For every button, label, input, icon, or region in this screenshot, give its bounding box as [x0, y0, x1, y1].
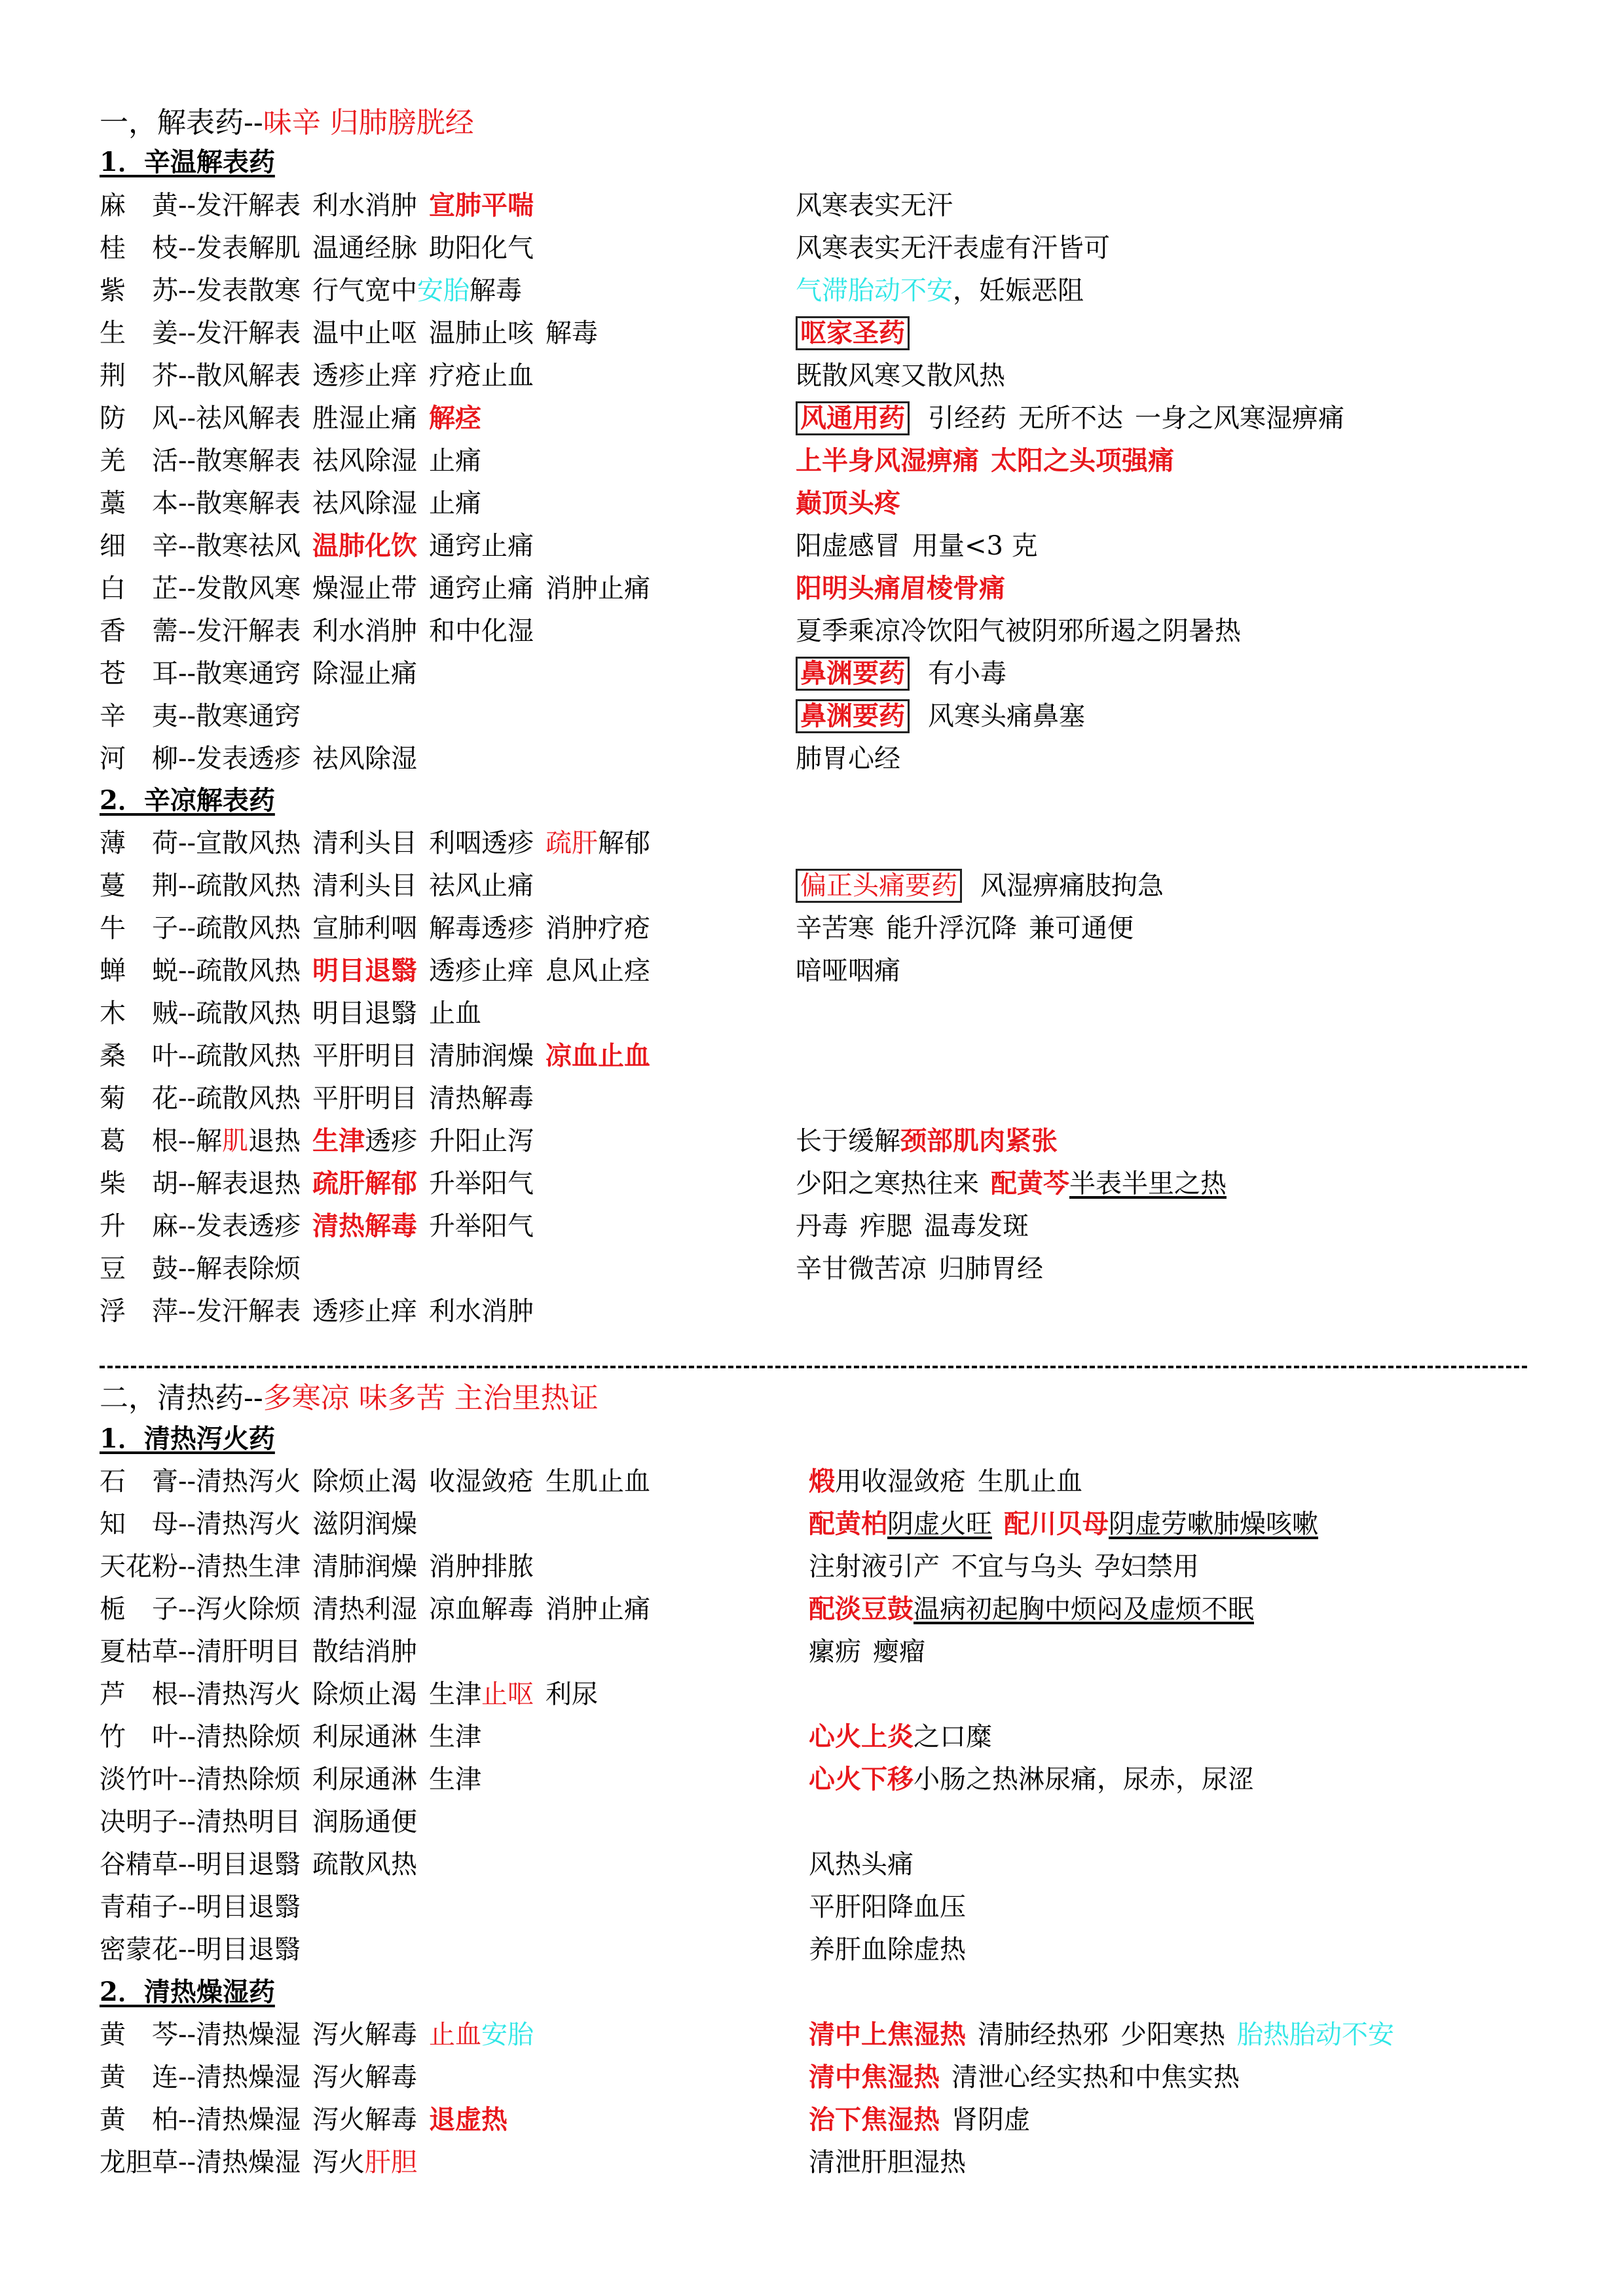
text-segment: 风寒表实无汗表虚有汗皆可	[796, 233, 1110, 263]
text-segment: 孕妇禁用	[1094, 1552, 1199, 1582]
herb-row: 荆 芥--散风解表透疹止痒疗疮止血	[100, 359, 534, 393]
text-segment: 消肿止痛	[545, 1594, 650, 1624]
herb-note: 心火下移小肠之热淋尿痛，尿赤，尿涩	[809, 1762, 1254, 1796]
text-segment: 清热燥湿	[196, 2020, 301, 2050]
subsection-heading-1-2: 2．辛凉解表药	[100, 784, 275, 818]
herb-row: 河 柳--发表透疹祛风除湿	[100, 742, 417, 776]
herb-name: 细 辛--	[100, 529, 196, 563]
herb-row: 防 风--祛风解表胜湿止痛解痉	[100, 401, 481, 435]
text-segment: 除烦止渴	[312, 1467, 417, 1497]
text-segment: 疏散风热	[196, 871, 301, 901]
herb-name: 桂 枝--	[100, 231, 196, 265]
text-segment: 肾阴虚	[951, 2105, 1030, 2135]
text-segment: 升举阳气	[429, 1211, 534, 1241]
text-segment: 生肌止血	[978, 1467, 1082, 1497]
section-divider	[100, 1366, 1527, 1368]
herb-note: 风热头痛	[809, 1848, 913, 1882]
herb-row: 白 芷--发散风寒燥湿止带通窍止痛消肿止痛	[100, 572, 650, 606]
text-segment: 清肝明目	[196, 1637, 301, 1667]
herb-note: 长于缓解颈部肌肉紧张	[796, 1124, 1058, 1158]
herb-name: 决明子--	[100, 1805, 196, 1839]
text-segment: 用量<3 克	[912, 531, 1038, 561]
text-segment: 行气宽中	[312, 276, 417, 306]
herb-name: 青葙子--	[100, 1890, 196, 1924]
herb-note: 煅用收湿敛疮生肌止血	[809, 1465, 1082, 1499]
text-segment: 清热泻火	[196, 1467, 301, 1497]
text-segment: 一身之风寒湿痹痛	[1135, 403, 1344, 433]
herb-note: 夏季乘凉冷饮阳气被阴邪所遏之阴暑热	[796, 614, 1241, 648]
text-segment: 生津	[429, 1679, 481, 1709]
section-title-highlight: 味辛 归肺膀胱经	[263, 106, 474, 139]
text-segment: 发汗解表	[196, 191, 301, 221]
text-segment: 少阳之寒热往来	[796, 1169, 979, 1199]
text-segment: 利尿通淋	[312, 1764, 417, 1795]
herb-row: 细 辛--散寒祛风温肺化饮通窍止痛	[100, 529, 534, 563]
herb-row: 牛 子--疏散风热宣肺利咽解毒透疹消肿疗疮	[100, 911, 650, 945]
text-segment: 疏散风热	[196, 1084, 301, 1114]
text-segment: 平肝阳降血压	[809, 1892, 966, 1922]
herb-name: 竹 叶--	[100, 1720, 196, 1754]
herb-name: 蔓 荆--	[100, 869, 196, 903]
text-segment: 温毒发斑	[924, 1211, 1029, 1241]
herb-row: 决明子--清热明目润肠通便	[100, 1805, 417, 1839]
text-segment: 除烦止渴	[312, 1679, 417, 1709]
text-segment: 风热头痛	[809, 1850, 913, 1880]
highlight-text: 治下焦湿热	[809, 2105, 940, 2135]
text-segment: 利水消肿	[312, 616, 417, 646]
section-2-title: 二，清热药--多寒凉 味多苦 主治里热证	[100, 1380, 599, 1414]
highlight-text: 煅	[809, 1467, 835, 1497]
text-segment: 解毒透疹	[429, 913, 534, 943]
text-segment: 之口糜	[913, 1722, 992, 1752]
text-segment: 解郁	[598, 828, 650, 858]
text-segment: 发汗解表	[196, 1296, 301, 1326]
text-segment: 辛苦寒	[796, 913, 874, 943]
herb-note: 偏正头痛要药风湿痹痛肢拘急	[796, 869, 1164, 903]
section-title-text: 一，解表药--	[100, 106, 263, 139]
text-segment: 消肿排脓	[429, 1552, 534, 1582]
herb-name: 羌 活--	[100, 444, 196, 478]
herb-row: 藁 本--散寒解表祛风除湿止痛	[100, 486, 481, 520]
herb-note: 喑哑咽痛	[796, 954, 900, 988]
text-segment: 清热除烦	[196, 1764, 301, 1795]
text-segment: 平肝明目	[312, 1084, 417, 1114]
text-segment: 清热除烦	[196, 1722, 301, 1752]
text-segment: 生津	[429, 1764, 481, 1795]
herb-note: 风通用药引经药无所不达一身之风寒湿痹痛	[796, 401, 1344, 435]
text-segment: 清热利湿	[312, 1594, 417, 1624]
highlight-text: 止血	[429, 2020, 481, 2050]
herb-name: 谷精草--	[100, 1848, 196, 1882]
herb-name: 芦 根--	[100, 1677, 196, 1711]
text-segment: 阳虚感冒	[796, 531, 900, 561]
boxed-highlight: 偏正头痛要药	[796, 869, 962, 903]
text-segment: 利咽透疹	[429, 828, 534, 858]
subsection-heading-1-1: 1．辛温解表药	[100, 145, 275, 179]
herb-name: 黄 连--	[100, 2060, 196, 2094]
boxed-highlight: 呕家圣药	[796, 316, 910, 350]
text-segment: 止痛	[429, 488, 481, 519]
text-segment: 无所不达	[1018, 403, 1123, 433]
text-segment: 消肿止痛	[545, 574, 650, 604]
herb-name: 柴 胡--	[100, 1167, 196, 1201]
text-segment: 发表透疹	[196, 744, 301, 774]
highlight-text: 安胎	[417, 276, 470, 306]
herb-name: 白 芷--	[100, 572, 196, 606]
text-segment: 疏散风热	[196, 913, 301, 943]
text-segment: 明目退翳	[312, 998, 417, 1029]
text-segment: 兼可通便	[1029, 913, 1134, 943]
text-segment: 收湿敛疮	[429, 1467, 534, 1497]
highlight-text: 胎热胎动不安	[1237, 2020, 1394, 2050]
highlight-text: 颈部肌肉紧张	[900, 1126, 1058, 1156]
text-segment: 瘰疬	[809, 1637, 861, 1667]
highlight-text: 配黄芩	[991, 1169, 1069, 1199]
section-1-title: 一，解表药--味辛 归肺膀胱经	[100, 105, 474, 139]
herb-row: 知 母--清热泻火滋阴润燥	[100, 1507, 417, 1541]
section-title-text: 二，清热药--	[100, 1381, 263, 1415]
text-segment: 疗疮止血	[429, 361, 534, 391]
text-segment: 长于缓解	[796, 1126, 900, 1156]
herb-name: 浮 萍--	[100, 1294, 196, 1328]
text-segment: 用收湿敛疮	[835, 1467, 966, 1497]
text-segment: 引经药	[928, 403, 1006, 433]
text-segment: 润肠通便	[312, 1807, 417, 1837]
text-segment: 通窍止痛	[429, 574, 534, 604]
herb-note: 既散风寒又散风热	[796, 359, 1005, 393]
text-segment: 祛风除湿	[312, 488, 417, 519]
highlight-text: 生津	[312, 1126, 365, 1156]
text-segment: 清肺经热邪	[978, 2020, 1109, 2050]
highlight-text: 宣肺平喘	[429, 191, 534, 221]
text-segment: 清泄心经实热和中焦实热	[951, 2062, 1240, 2092]
text-segment: 散结消肿	[312, 1637, 417, 1667]
herb-note: 清中焦湿热清泄心经实热和中焦实热	[809, 2060, 1240, 2094]
boxed-highlight: 风通用药	[796, 401, 910, 435]
text-segment: 散寒解表	[196, 488, 301, 519]
herb-name: 麻 黄--	[100, 189, 196, 223]
text-segment: 利尿通淋	[312, 1722, 417, 1752]
highlight-text: 肝胆	[365, 2147, 417, 2178]
text-segment: 少阳寒热	[1120, 2020, 1225, 2050]
herb-note: 注射液引产不宜与乌头孕妇禁用	[809, 1550, 1199, 1584]
text-segment: 凉血解毒	[429, 1594, 534, 1624]
highlight-text: 清热解毒	[312, 1211, 417, 1241]
herb-row: 龙胆草--清热燥湿泻火肝胆	[100, 2145, 417, 2179]
herb-name: 密蒙花--	[100, 1933, 196, 1967]
text-segment: 归肺胃经	[938, 1254, 1043, 1284]
herb-name: 知 母--	[100, 1507, 196, 1541]
herb-name: 黄 芩--	[100, 2018, 196, 2052]
herb-row: 麻 黄--发汗解表利水消肿宣肺平喘	[100, 189, 534, 223]
text-segment: 消肿疗疮	[545, 913, 650, 943]
boxed-highlight: 鼻渊要药	[796, 657, 910, 691]
herb-row: 天花粉--清热生津清肺润燥消肿排脓	[100, 1550, 534, 1584]
herb-note: 辛苦寒能升浮沉降兼可通便	[796, 911, 1134, 945]
herb-name: 藁 本--	[100, 486, 196, 520]
herb-name: 葛 根--	[100, 1124, 196, 1158]
text-segment: 阴虚劳嗽肺燥咳嗽	[1109, 1509, 1318, 1539]
highlight-text: 巅顶头疼	[796, 488, 900, 519]
herb-note: 清泄肝胆湿热	[809, 2145, 966, 2179]
text-segment: 解	[196, 1126, 222, 1156]
herb-name: 栀 子--	[100, 1592, 196, 1626]
text-segment: 风寒表实无汗	[796, 191, 953, 221]
herb-name: 石 膏--	[100, 1465, 196, 1499]
text-segment: 利水消肿	[312, 191, 417, 221]
herb-note: 配黄柏阴虚火旺配川贝母阴虚劳嗽肺燥咳嗽	[809, 1507, 1318, 1541]
text-segment: 泻火解毒	[312, 2062, 417, 2092]
herb-name: 薄 荷--	[100, 826, 196, 860]
herb-note: 丹毒痄腮温毒发斑	[796, 1209, 1029, 1243]
text-segment: 泻火解毒	[312, 2105, 417, 2135]
text-segment: 利尿	[545, 1679, 598, 1709]
text-segment: 喑哑咽痛	[796, 956, 900, 986]
text-segment: 发表透疹	[196, 1211, 301, 1241]
text-segment: 疏散风热	[312, 1850, 417, 1880]
text-segment: 升阳止泻	[429, 1126, 534, 1156]
text-segment: 清肺润燥	[429, 1041, 534, 1071]
herb-name: 荆 芥--	[100, 359, 196, 393]
herb-note: 清中上焦湿热清肺经热邪少阳寒热胎热胎动不安	[809, 2018, 1394, 2052]
text-segment: 清热解毒	[429, 1084, 534, 1114]
text-segment: 痄腮	[860, 1211, 912, 1241]
herb-row: 桂 枝--发表解肌温通经脉助阳化气	[100, 231, 534, 265]
highlight-text: 阳明头痛眉棱骨痛	[796, 574, 1005, 604]
text-segment: 解表退热	[196, 1169, 301, 1199]
document-page: 一，解表药--味辛 归肺膀胱经 1．辛温解表药 麻 黄--发汗解表利水消肿宣肺平…	[0, 0, 1624, 2296]
herb-name: 菊 花--	[100, 1082, 196, 1116]
text-segment: 清肺润燥	[312, 1552, 417, 1582]
herb-row: 栀 子--泻火除烦清热利湿凉血解毒消肿止痛	[100, 1592, 650, 1626]
herb-row: 葛 根--解肌退热生津透疹升阳止泻	[100, 1124, 534, 1158]
herb-row: 蔓 荆--疏散风热清利头目祛风止痛	[100, 869, 534, 903]
herb-row: 香 薷--发汗解表利水消肿和中化湿	[100, 614, 534, 648]
herb-name: 桑 叶--	[100, 1039, 196, 1073]
herb-name: 河 柳--	[100, 742, 196, 776]
herb-note: 鼻渊要药风寒头痛鼻塞	[796, 699, 1085, 733]
text-segment: 养肝血除虚热	[809, 1935, 966, 1965]
text-segment: 发散风寒	[196, 574, 301, 604]
herb-row: 谷精草--明目退翳疏散风热	[100, 1848, 417, 1882]
subsection-heading-2-1: 1．清热泻火药	[100, 1422, 275, 1456]
highlight-text: 明目退翳	[312, 956, 417, 986]
herb-row: 石 膏--清热泻火除烦止渴收湿敛疮生肌止血	[100, 1465, 650, 1499]
herb-name: 辛 夷--	[100, 699, 196, 733]
text-segment: 清热泻火	[196, 1679, 301, 1709]
text-segment: 肺胃心经	[796, 744, 900, 774]
text-segment: 解表除烦	[196, 1254, 301, 1284]
text-segment: 解毒	[470, 276, 522, 306]
herb-name: 淡竹叶--	[100, 1762, 196, 1796]
herb-note: 瘰疬瘿瘤	[809, 1635, 925, 1669]
highlight-text: 太阳之头项强痛	[991, 446, 1174, 476]
highlight-text: 清中上焦湿热	[809, 2020, 966, 2050]
highlight-text: 心火下移	[809, 1764, 913, 1795]
text-segment: 宣肺利咽	[312, 913, 417, 943]
text-segment: 能升浮沉降	[886, 913, 1017, 943]
text-segment: 小肠之热淋尿痛，尿赤，尿涩	[913, 1764, 1254, 1795]
text-segment: 平肝明目	[312, 1041, 417, 1071]
herb-row: 柴 胡--解表退热疏肝解郁升举阳气	[100, 1167, 534, 1201]
text-segment: 散寒祛风	[196, 531, 301, 561]
text-segment: 宣散风热	[196, 828, 301, 858]
herb-note: 肺胃心经	[796, 742, 900, 776]
herb-row: 豆 鼓--解表除烦	[100, 1252, 301, 1286]
highlight-text: 配黄柏	[809, 1509, 887, 1539]
text-segment: 透疹	[365, 1126, 417, 1156]
herb-note: 上半身风湿痹痛太阳之头项强痛	[796, 444, 1174, 478]
herb-name: 黄 柏--	[100, 2103, 196, 2137]
text-segment: 祛风除湿	[312, 446, 417, 476]
text-segment: 明目退翳	[196, 1850, 301, 1880]
text-segment: 升举阳气	[429, 1169, 534, 1199]
text-segment: 清热泻火	[196, 1509, 301, 1539]
text-segment: 泻火除烦	[196, 1594, 301, 1624]
herb-note: 气滞胎动不安，妊娠恶阻	[796, 274, 1084, 308]
text-segment: 透疹止痒	[312, 1296, 417, 1326]
herb-row: 紫 苏--发表散寒行气宽中安胎解毒	[100, 274, 522, 308]
herb-note: 风寒表实无汗表虚有汗皆可	[796, 231, 1110, 265]
herb-row: 夏枯草--清肝明目散结消肿	[100, 1635, 417, 1669]
text-segment: 燥湿止带	[312, 574, 417, 604]
highlight-text: 温肺化饮	[312, 531, 417, 561]
herb-name: 木 贼--	[100, 996, 196, 1030]
text-segment: 清泄肝胆湿热	[809, 2147, 966, 2178]
text-segment: 丹毒	[796, 1211, 848, 1241]
herb-name: 紫 苏--	[100, 274, 196, 308]
herb-name: 香 薷--	[100, 614, 196, 648]
text-segment: 泻火	[312, 2147, 365, 2178]
text-segment: 疏散风热	[196, 956, 301, 986]
text-segment: 风湿痹痛肢拘急	[980, 871, 1164, 901]
text-segment: 助阳化气	[429, 233, 534, 263]
herb-name: 牛 子--	[100, 911, 196, 945]
text-segment: 滋阴润燥	[312, 1509, 417, 1539]
herb-row: 密蒙花--明目退翳	[100, 1933, 301, 1967]
text-segment: 注射液引产	[809, 1552, 940, 1582]
text-segment: 解毒	[545, 318, 598, 348]
text-segment: 风寒头痛鼻塞	[928, 701, 1085, 731]
text-segment: 通窍止痛	[429, 531, 534, 561]
herb-note: 辛甘微苦凉归肺胃经	[796, 1252, 1043, 1286]
herb-note: 平肝阳降血压	[809, 1890, 966, 1924]
herb-name: 夏枯草--	[100, 1635, 196, 1669]
herb-note: 鼻渊要药有小毒	[796, 657, 1006, 691]
text-segment: 泻火解毒	[312, 2020, 417, 2050]
text-segment: 利水消肿	[429, 1296, 534, 1326]
herb-row: 黄 柏--清热燥湿泻火解毒退虚热	[100, 2103, 507, 2137]
text-segment: 发汗解表	[196, 616, 301, 646]
herb-note: 养肝血除虚热	[809, 1933, 966, 1967]
herb-row: 芦 根--清热泻火除烦止渴生津止呕利尿	[100, 1677, 598, 1711]
herb-name: 升 麻--	[100, 1209, 196, 1243]
herb-row: 黄 芩--清热燥湿泻火解毒止血安胎	[100, 2018, 534, 2052]
herb-row: 薄 荷--宣散风热清利头目利咽透疹疏肝解郁	[100, 826, 650, 860]
text-segment: 清利头目	[312, 828, 417, 858]
text-segment: 生津	[429, 1722, 481, 1752]
text-segment: 和中化湿	[429, 616, 534, 646]
text-segment: 不宜与乌头	[951, 1552, 1082, 1582]
herb-row: 羌 活--散寒解表祛风除湿止痛	[100, 444, 481, 478]
herb-name: 龙胆草--	[100, 2145, 196, 2179]
text-segment: 明目退翳	[196, 1935, 301, 1965]
herb-row: 生 姜--发汗解表温中止呕温肺止咳解毒	[100, 316, 598, 350]
text-segment: 既散风寒又散风热	[796, 361, 1005, 391]
text-segment: 透疹止痒	[312, 361, 417, 391]
highlight-text: 心火上炎	[809, 1722, 913, 1752]
herb-note: 少阳之寒热往来配黄芩半表半里之热	[796, 1167, 1227, 1201]
highlight-text: 退虚热	[429, 2105, 507, 2135]
text-segment: 有小毒	[928, 659, 1006, 689]
highlight-text: 肌	[222, 1126, 248, 1156]
herb-row: 升 麻--发表透疹清热解毒升举阳气	[100, 1209, 534, 1243]
text-segment: 清热明目	[196, 1807, 301, 1837]
highlight-text: 安胎	[481, 2020, 534, 2050]
text-segment: 辛甘微苦凉	[796, 1254, 927, 1284]
text-segment: 发汗解表	[196, 318, 301, 348]
highlight-text: 清中焦湿热	[809, 2062, 940, 2092]
highlight-text: 配淡豆鼓	[809, 1594, 913, 1624]
herb-row: 桑 叶--疏散风热平肝明目清肺润燥凉血止血	[100, 1039, 650, 1073]
herb-row: 黄 连--清热燥湿泻火解毒	[100, 2060, 417, 2094]
herb-note: 阳明头痛眉棱骨痛	[796, 572, 1005, 606]
text-segment: 清热燥湿	[196, 2147, 301, 2178]
herb-row: 青葙子--明目退翳	[100, 1890, 301, 1924]
text-segment: 疏散风热	[196, 998, 301, 1029]
herb-note: 呕家圣药	[796, 316, 916, 350]
text-segment: 阴虚火旺	[887, 1509, 992, 1539]
text-segment: 温肺止咳	[429, 318, 534, 348]
text-segment: 生肌止血	[545, 1467, 650, 1497]
text-segment: 止血	[429, 998, 481, 1029]
text-segment: ，妊娠恶阻	[953, 276, 1084, 306]
text-segment: 散风解表	[196, 361, 301, 391]
herb-note: 心火上炎之口糜	[809, 1720, 992, 1754]
text-segment: 明目退翳	[196, 1892, 301, 1922]
herb-row: 辛 夷--散寒通窍	[100, 699, 301, 733]
highlight-text: 上半身风湿痹痛	[796, 446, 979, 476]
text-segment: 清热燥湿	[196, 2062, 301, 2092]
highlight-text: 气滞胎动不安	[796, 276, 953, 306]
text-segment: 退热	[248, 1126, 301, 1156]
text-segment: 散寒通窍	[196, 659, 301, 689]
herb-note: 配淡豆鼓温病初起胸中烦闷及虚烦不眠	[809, 1592, 1254, 1626]
herb-note: 阳虚感冒用量<3 克	[796, 529, 1038, 563]
herb-name: 豆 鼓--	[100, 1252, 196, 1286]
herb-note: 巅顶头疼	[796, 486, 900, 520]
text-segment: 止痛	[429, 446, 481, 476]
text-segment: 瘿瘤	[873, 1637, 925, 1667]
highlight-text: 解痉	[429, 403, 481, 433]
herb-name: 生 姜--	[100, 316, 196, 350]
text-segment: 清热燥湿	[196, 2105, 301, 2135]
text-segment: 温通经脉	[312, 233, 417, 263]
herb-row: 菊 花--疏散风热平肝明目清热解毒	[100, 1082, 534, 1116]
text-segment: 祛风除湿	[312, 744, 417, 774]
herb-row: 蝉 蜕--疏散风热明目退翳透疹止痒息风止痉	[100, 954, 650, 988]
text-segment: 半表半里之热	[1069, 1169, 1227, 1199]
text-segment: 散寒通窍	[196, 701, 301, 731]
text-segment: 温病初起胸中烦闷及虚烦不眠	[913, 1594, 1254, 1624]
herb-row: 木 贼--疏散风热明目退翳止血	[100, 996, 481, 1030]
text-segment: 散寒解表	[196, 446, 301, 476]
text-segment: 清利头目	[312, 871, 417, 901]
herb-name: 蝉 蜕--	[100, 954, 196, 988]
text-segment: 疏散风热	[196, 1041, 301, 1071]
boxed-highlight: 鼻渊要药	[796, 699, 910, 733]
text-segment: 夏季乘凉冷饮阳气被阴邪所遏之阴暑热	[796, 616, 1241, 646]
